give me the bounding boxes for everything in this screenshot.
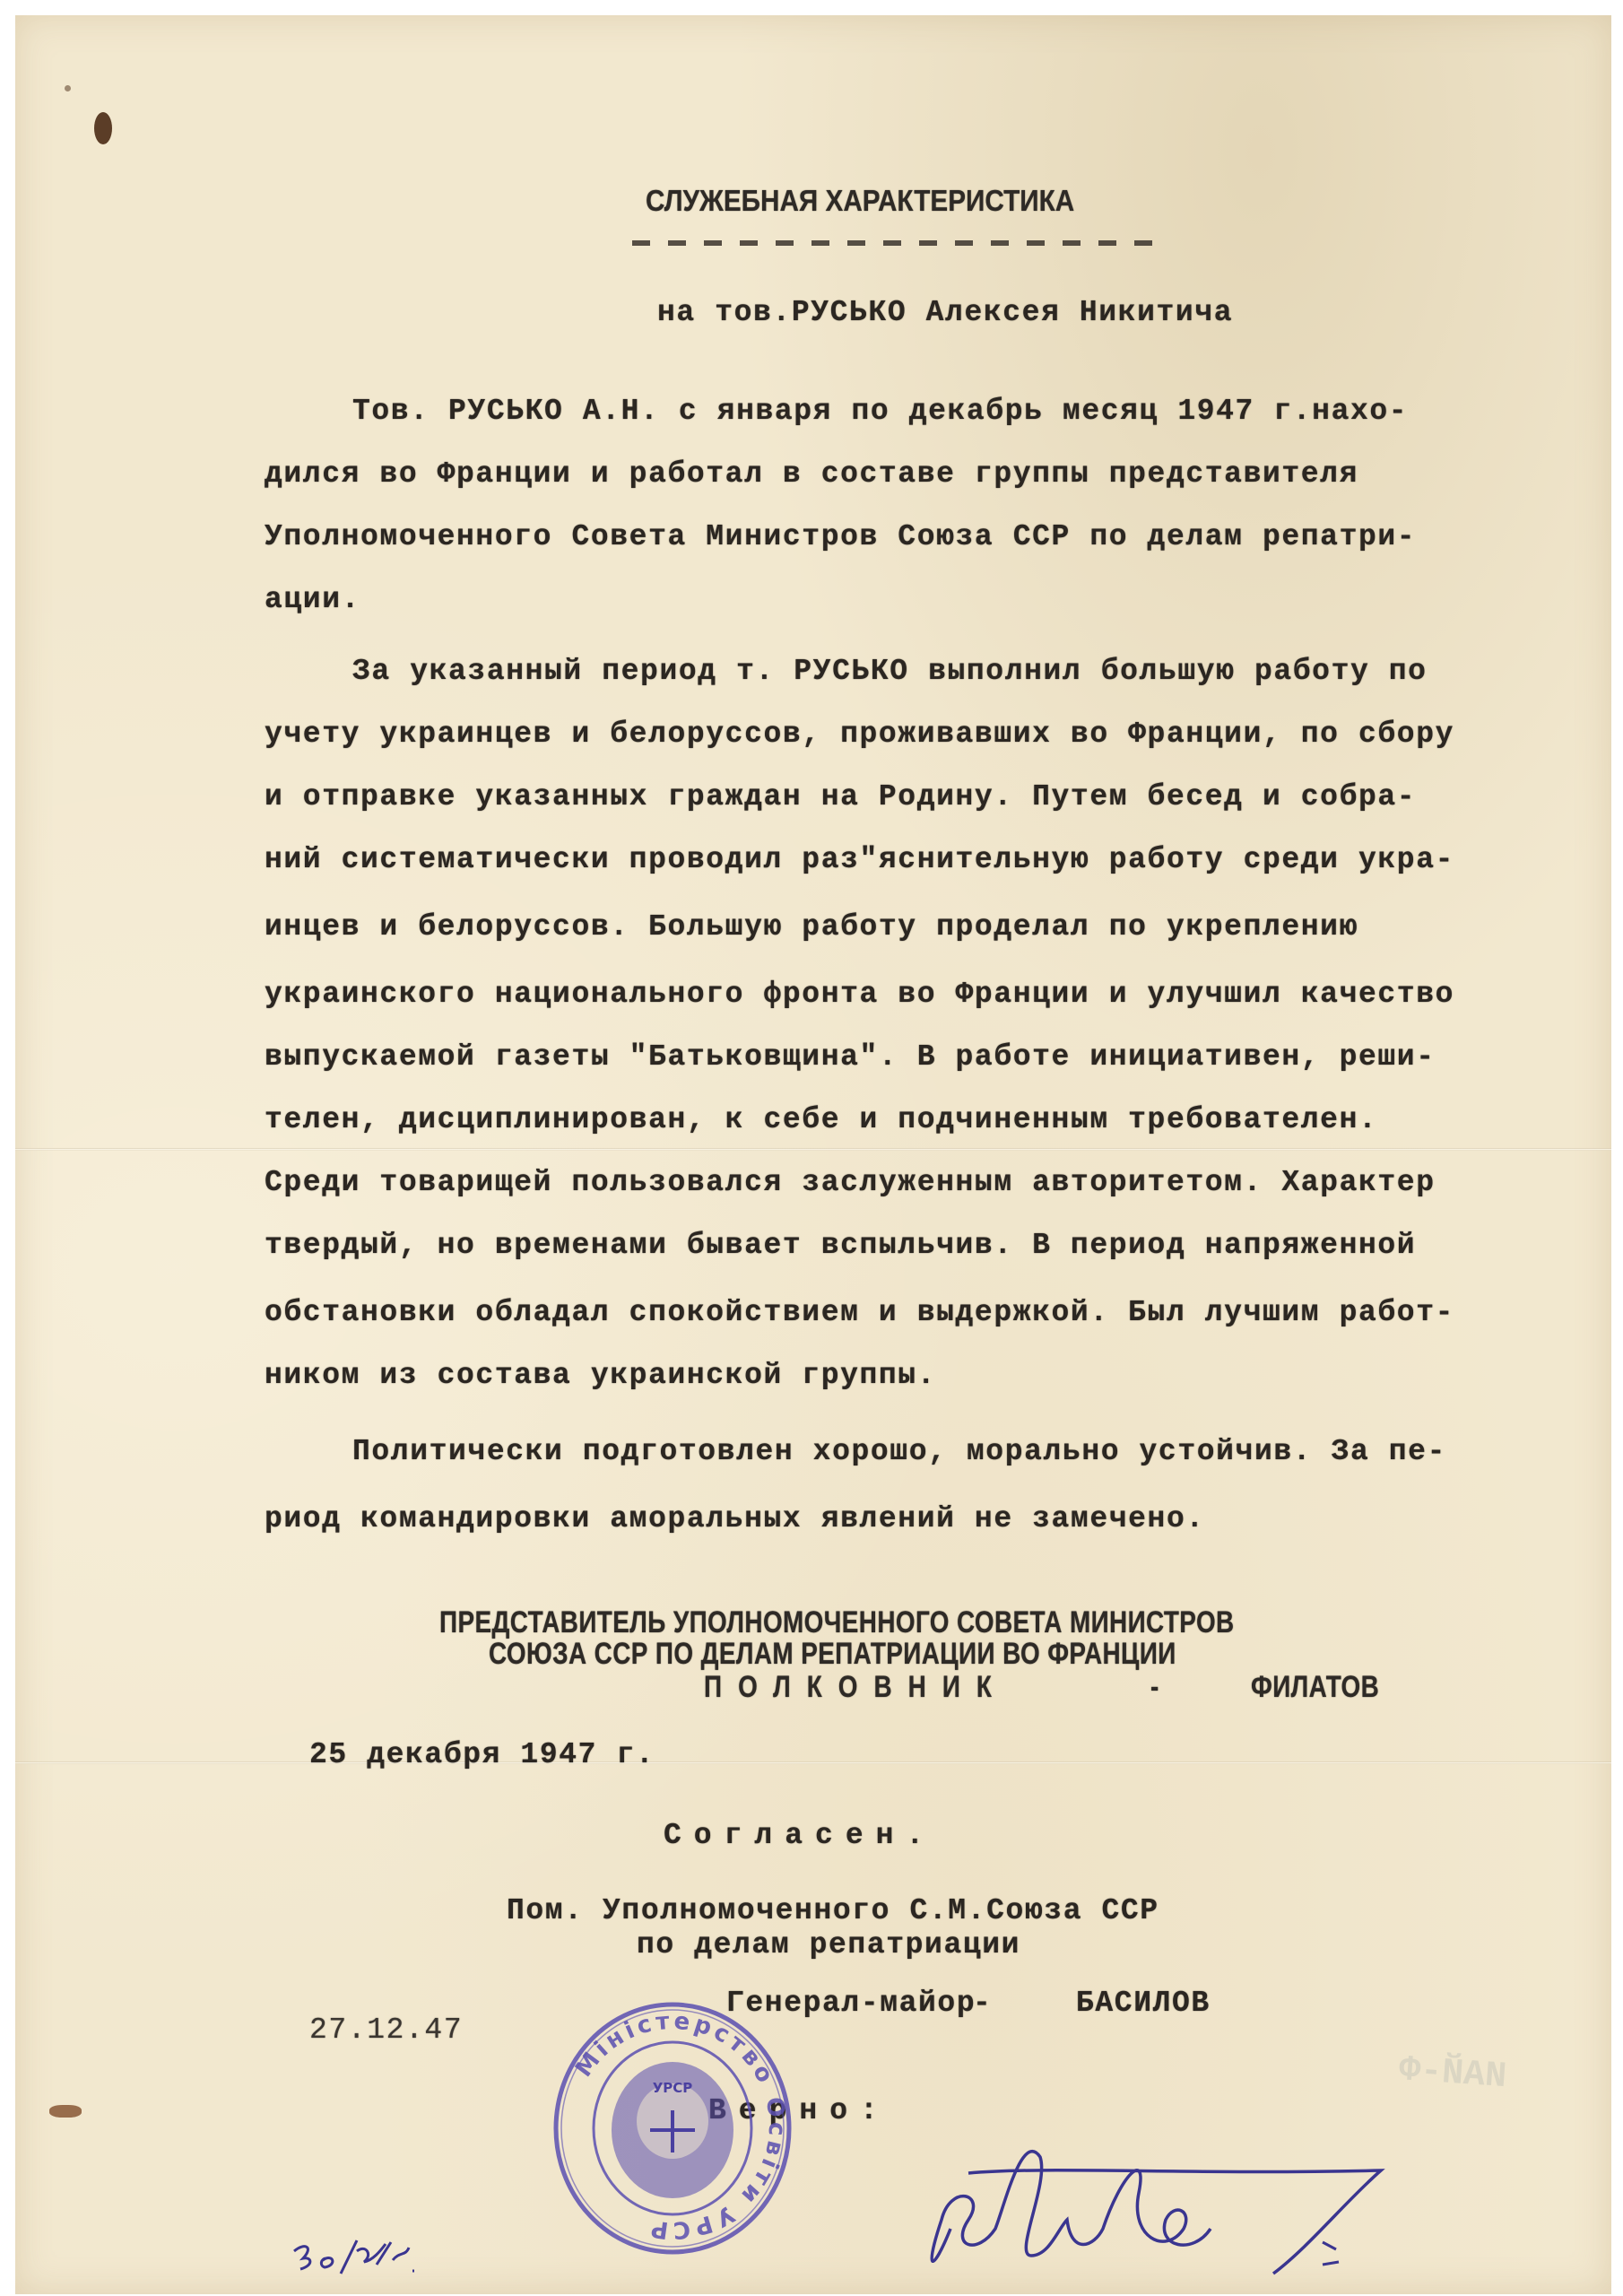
paper-fold-line (15, 1148, 1611, 1151)
signatory-title-line-2: СОЮЗА ССР ПО ДЕЛАМ РЕПАТРИАЦИИ ВО ФРАНЦИ… (489, 1637, 1176, 1672)
signatory-title-line-1: ПРЕДСТАВИТЕЛЬ УПОЛНОМОЧЕННОГО СОВЕТА МИН… (439, 1605, 1235, 1640)
paragraph-2-line: ний систематически проводил раз"яснитель… (265, 843, 1454, 876)
document-subtitle: на тов.РУСЬКО Алексея Никитича (657, 296, 1233, 329)
approval-date: 27.12.47 (309, 2013, 463, 2047)
approval-title-line-1: Пом. Уполномоченного С.М.Союза ССР (507, 1894, 1159, 1927)
stamp-center-text: УРСР (653, 2080, 693, 2096)
paragraph-2-line: инцев и белоруссов. Большую работу проде… (265, 910, 1358, 944)
document-title: СЛУЖЕБНАЯ ХАРАКТЕРИСТИКА (646, 184, 1074, 218)
ink-spot (65, 85, 71, 91)
paragraph-2-line: За указанный период т. РУСЬКО выполнил б… (352, 655, 1428, 688)
title-underline-dashes (632, 240, 1170, 246)
paragraph-2-line: Среди товарищей пользовался заслуженным … (265, 1166, 1436, 1199)
paragraph-3-line: риод командировки аморальных явлений не … (265, 1502, 1205, 1535)
signatory-rank: ПОЛКОВНИК (704, 1670, 1008, 1705)
paragraph-2-line: телен, дисциплинирован, к себе и подчине… (265, 1103, 1377, 1136)
handwritten-date (287, 2224, 430, 2292)
signature-date: 25 декабря 1947 г. (309, 1738, 655, 1771)
approval-dash: - (973, 1987, 992, 2020)
paper-fold-line (15, 1761, 1611, 1764)
signature (915, 2121, 1417, 2287)
paragraph-2-line: твердый, но временами бывает вспыльчив. … (265, 1229, 1416, 1262)
approval-name: БАСИЛОВ (1076, 1987, 1211, 2020)
paragraph-2-line: учету украинцев и белоруссов, проживавши… (265, 717, 1454, 751)
stamp-seal-icon: Міністерство Освіти УРСР УРСР (542, 1996, 803, 2256)
paragraph-2-line: ником из состава украинской группы. (265, 1359, 936, 1392)
paragraph-1-line: Уполномоченного Совета Министров Союза С… (265, 520, 1416, 553)
official-stamp: Міністерство Освіти УРСР УРСР (542, 1996, 803, 2256)
paragraph-3-line: Политически подготовлен хорошо, морально… (352, 1435, 1446, 1468)
signatory-name: ФИЛАТОВ (1251, 1670, 1379, 1705)
paragraph-1-line: дился во Франции и работал в составе гру… (265, 457, 1358, 491)
paragraph-1-line: Тов. РУСЬКО А.Н. с января по декабрь мес… (352, 395, 1408, 428)
signatory-dash: - (1150, 1670, 1159, 1705)
paragraph-2-line: выпускаемой газеты "Батьковщина". В рабо… (265, 1040, 1436, 1074)
paragraph-1-line: ации. (265, 583, 360, 616)
show-through-ink: ИАЙ-Ф (1398, 2050, 1508, 2098)
paragraph-2-line: украинского национального фронта во Фран… (265, 978, 1454, 1011)
approval-title-line-2: по делам репатриации (637, 1928, 1020, 1961)
ink-stain (49, 2105, 82, 2118)
paragraph-2-line: обстановки обладал спокойствием и выдерж… (265, 1296, 1454, 1329)
approval-label: Согласен. (664, 1819, 936, 1852)
paragraph-2-line: и отправке указанных граждан на Родину. … (265, 780, 1416, 813)
ink-stain (94, 112, 112, 144)
